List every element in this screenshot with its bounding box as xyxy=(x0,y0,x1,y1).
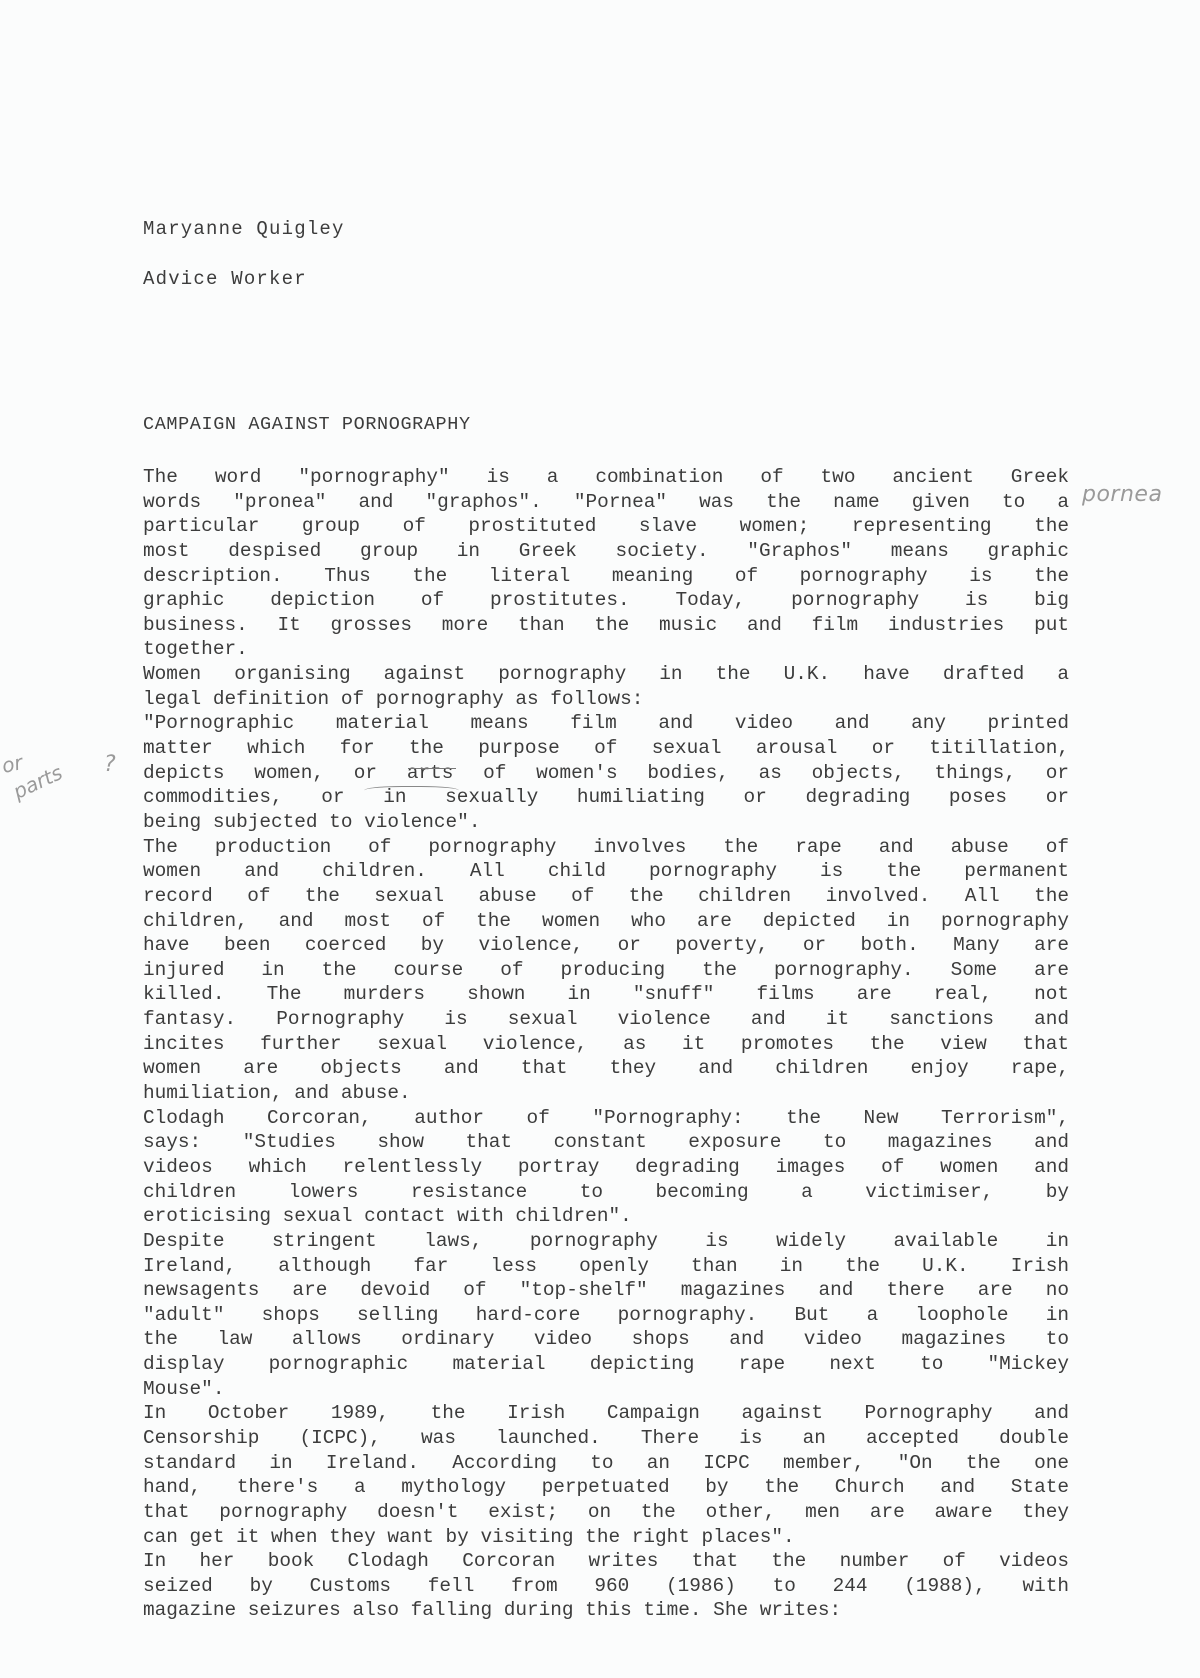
body-line: seized by Customs fell from 960 (1986) t… xyxy=(143,1574,1069,1599)
body-line: matter which for the purpose of sexual a… xyxy=(143,736,1069,761)
body-line: Censorship (ICPC), was launched. There i… xyxy=(143,1426,1069,1451)
body-line: words "pronea" and "graphos". "Pornea" w… xyxy=(143,490,1069,515)
body-line: Ireland, although far less openly than i… xyxy=(143,1254,1069,1279)
body-line: killed. The murders shown in "snuff" fil… xyxy=(143,982,1069,1007)
body-line: record of the sexual abuse of the childr… xyxy=(143,884,1069,909)
body-line: can get it when they want by visiting th… xyxy=(143,1525,1069,1550)
body-line: standard in Ireland. According to an ICP… xyxy=(143,1451,1069,1476)
body-line: particular group of prostituted slave wo… xyxy=(143,514,1069,539)
body-line: legal definition of pornography as follo… xyxy=(143,687,1069,712)
body-line: being subjected to violence". xyxy=(143,810,1069,835)
body-line: description. Thus the literal meaning of… xyxy=(143,564,1069,589)
body-line: videos which relentlessly portray degrad… xyxy=(143,1155,1069,1180)
body-line: In her book Clodagh Corcoran writes that… xyxy=(143,1549,1069,1574)
body-line: children lowers resistance to becoming a… xyxy=(143,1180,1069,1205)
handwritten-insertion-mark xyxy=(364,786,459,797)
body-text: The word "pornography" is a combination … xyxy=(143,465,1069,1623)
body-line: Women organising against pornography in … xyxy=(143,662,1069,687)
body-line: The production of pornography involves t… xyxy=(143,835,1069,860)
body-line: women and children. All child pornograph… xyxy=(143,859,1069,884)
body-line: Despite stringent laws, pornography is w… xyxy=(143,1229,1069,1254)
body-line: business. It grosses more than the music… xyxy=(143,613,1069,638)
body-line: eroticising sexual contact with children… xyxy=(143,1204,1069,1229)
handwritten-note-or: or xyxy=(0,750,25,778)
body-line: that pornography doesn't exist; on the o… xyxy=(143,1500,1069,1525)
body-line: magazine seizures also falling during th… xyxy=(143,1598,1069,1623)
body-line: Clodagh Corcoran, author of "Pornography… xyxy=(143,1106,1069,1131)
body-line: display pornographic material depicting … xyxy=(143,1352,1069,1377)
handwritten-underline-mark xyxy=(408,768,456,769)
body-line: most despised group in Greek society. "G… xyxy=(143,539,1069,564)
body-line: depicts women, or arts of women's bodies… xyxy=(143,761,1069,786)
body-line: have been coerced by violence, or povert… xyxy=(143,933,1069,958)
body-line: In October 1989, the Irish Campaign agai… xyxy=(143,1401,1069,1426)
body-line: graphic depiction of prostitutes. Today,… xyxy=(143,588,1069,613)
body-line: The word "pornography" is a combination … xyxy=(143,465,1069,490)
author-name: Maryanne Quigley xyxy=(143,218,345,240)
body-line: injured in the course of producing the p… xyxy=(143,958,1069,983)
body-line: the law allows ordinary video shops and … xyxy=(143,1327,1069,1352)
body-line: Mouse". xyxy=(143,1377,1069,1402)
body-line: newsagents are devoid of "top-shelf" mag… xyxy=(143,1278,1069,1303)
body-line: humiliation, and abuse. xyxy=(143,1081,1069,1106)
document-page: Maryanne Quigley Advice Worker CAMPAIGN … xyxy=(0,0,1200,1678)
body-line: commodities, or in sexually humiliating … xyxy=(143,785,1069,810)
body-line: together. xyxy=(143,637,1069,662)
author-role: Advice Worker xyxy=(143,268,307,290)
handwritten-note-pornea: pornea xyxy=(1082,482,1162,507)
body-line: "adult" shops selling hard-core pornogra… xyxy=(143,1303,1069,1328)
body-line: says: "Studies show that constant exposu… xyxy=(143,1130,1069,1155)
body-line: women are objects and that they and chil… xyxy=(143,1056,1069,1081)
body-line: "Pornographic material means film and vi… xyxy=(143,711,1069,736)
handwritten-question-mark: ? xyxy=(104,752,116,777)
body-line: incites further sexual violence, as it p… xyxy=(143,1032,1069,1057)
body-line: fantasy. Pornography is sexual violence … xyxy=(143,1007,1069,1032)
document-title: CAMPAIGN AGAINST PORNOGRAPHY xyxy=(143,414,471,435)
body-line: children, and most of the women who are … xyxy=(143,909,1069,934)
body-line: hand, there's a mythology perpetuated by… xyxy=(143,1475,1069,1500)
